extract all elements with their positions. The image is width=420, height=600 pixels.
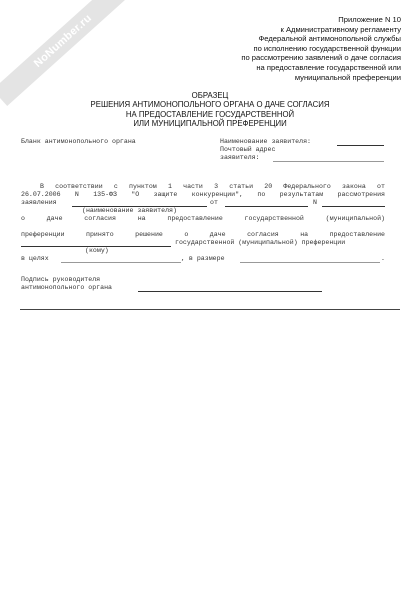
postal-address-label: Почтовый адрес — [220, 146, 275, 154]
signature-label: Подпись руководителя — [21, 276, 100, 284]
title-line: ОБРАЗЕЦ — [0, 91, 420, 100]
word: принято — [86, 231, 114, 239]
word: статьи — [229, 183, 253, 191]
postal-address-label-2: заявителя: — [220, 154, 260, 162]
appendix-line: Приложение N 10 — [241, 15, 401, 25]
word: 20 — [264, 183, 272, 191]
appendix-line: по исполнению государственной функции — [241, 44, 401, 54]
word: по — [257, 191, 265, 199]
purpose-label: в целях — [21, 255, 49, 263]
word: согласия — [247, 231, 279, 239]
date-field[interactable] — [225, 206, 308, 207]
word: (муниципальной) — [326, 215, 385, 223]
appendix-line: к Административному регламенту — [241, 25, 401, 35]
word: соответствии — [55, 183, 102, 191]
word: предоставление — [330, 231, 385, 239]
appendix-line: муниципальной преференции — [241, 73, 401, 83]
word: государственной — [245, 215, 304, 223]
word: с — [114, 183, 118, 191]
word: на — [300, 231, 308, 239]
title-line: НА ПРЕДОСТАВЛЕНИЕ ГОСУДАРСТВЕННОЙ — [0, 110, 420, 119]
body-line-2: 26.07.2006 N 135-ФЗ "О защите конкуренци… — [21, 191, 385, 199]
appendix-header: Приложение N 10 к Административному регл… — [241, 15, 401, 82]
word: 3 — [214, 183, 218, 191]
word: предоставление — [167, 215, 222, 223]
word: даче — [210, 231, 226, 239]
signature-label-2: антимонопольного органа — [21, 284, 112, 292]
from-label: от — [210, 199, 218, 207]
statement-label: заявления — [21, 199, 57, 207]
word: Федерального — [283, 183, 330, 191]
word: даче — [47, 215, 63, 223]
word: рассмотрения — [338, 191, 385, 199]
word: пунктом — [129, 183, 157, 191]
amount-field[interactable] — [240, 262, 380, 263]
word: согласия — [84, 215, 116, 223]
body-line-1: В соответствии с пунктом 1 части 3 стать… — [40, 183, 385, 191]
word: защите — [154, 191, 178, 199]
word: от — [377, 183, 385, 191]
word: о — [21, 215, 25, 223]
word: 26.07.2006 — [21, 191, 61, 199]
appendix-line: Федеральной антимонопольной службы — [241, 34, 401, 44]
whom-caption: (кому) — [85, 247, 109, 255]
word: закона — [342, 183, 366, 191]
amount-label: , в размере — [181, 255, 225, 263]
applicant-name-label: Наименование заявителя: — [220, 138, 311, 146]
appendix-line: по рассмотрению заявлений о даче согласи… — [241, 53, 401, 63]
blank-label: Бланк антимонопольного органа — [21, 138, 136, 146]
word: 135-ФЗ — [93, 191, 117, 199]
title-line: РЕШЕНИЯ АНТИМОНОПОЛЬНОГО ОРГАНА О ДАЧЕ С… — [0, 100, 420, 109]
word: о — [184, 231, 188, 239]
word: преференции — [21, 231, 65, 239]
postal-address-field[interactable] — [273, 161, 384, 162]
document-title: ОБРАЗЕЦ РЕШЕНИЯ АНТИМОНОПОЛЬНОГО ОРГАНА … — [0, 91, 420, 128]
word: конкуренции", — [192, 191, 243, 199]
purpose-field[interactable] — [61, 262, 181, 263]
applicant-caption: (наименование заявителя) — [82, 207, 177, 215]
word: В — [40, 183, 44, 191]
signature-field[interactable] — [138, 291, 322, 292]
word: N — [75, 191, 79, 199]
number-label: N — [313, 199, 317, 207]
word: 1 — [168, 183, 172, 191]
word: результатам — [280, 191, 324, 199]
period: . — [381, 255, 385, 263]
word: решение — [135, 231, 163, 239]
applicant-name-field[interactable] — [337, 145, 384, 146]
bottom-divider — [20, 309, 400, 310]
word: на — [138, 215, 146, 223]
word: "О — [131, 191, 139, 199]
body-line-5: преференции принято решение о даче согла… — [21, 231, 385, 239]
body-line-6: государственной (муниципальной) преферен… — [175, 239, 345, 247]
appendix-line: на предоставление государственной или — [241, 63, 401, 73]
word: части — [183, 183, 203, 191]
number-field[interactable] — [322, 206, 385, 207]
title-line: ИЛИ МУНИЦИПАЛЬНОЙ ПРЕФЕРЕНЦИИ — [0, 119, 420, 128]
body-line-4: о даче согласия на предоставление госуда… — [21, 215, 385, 223]
